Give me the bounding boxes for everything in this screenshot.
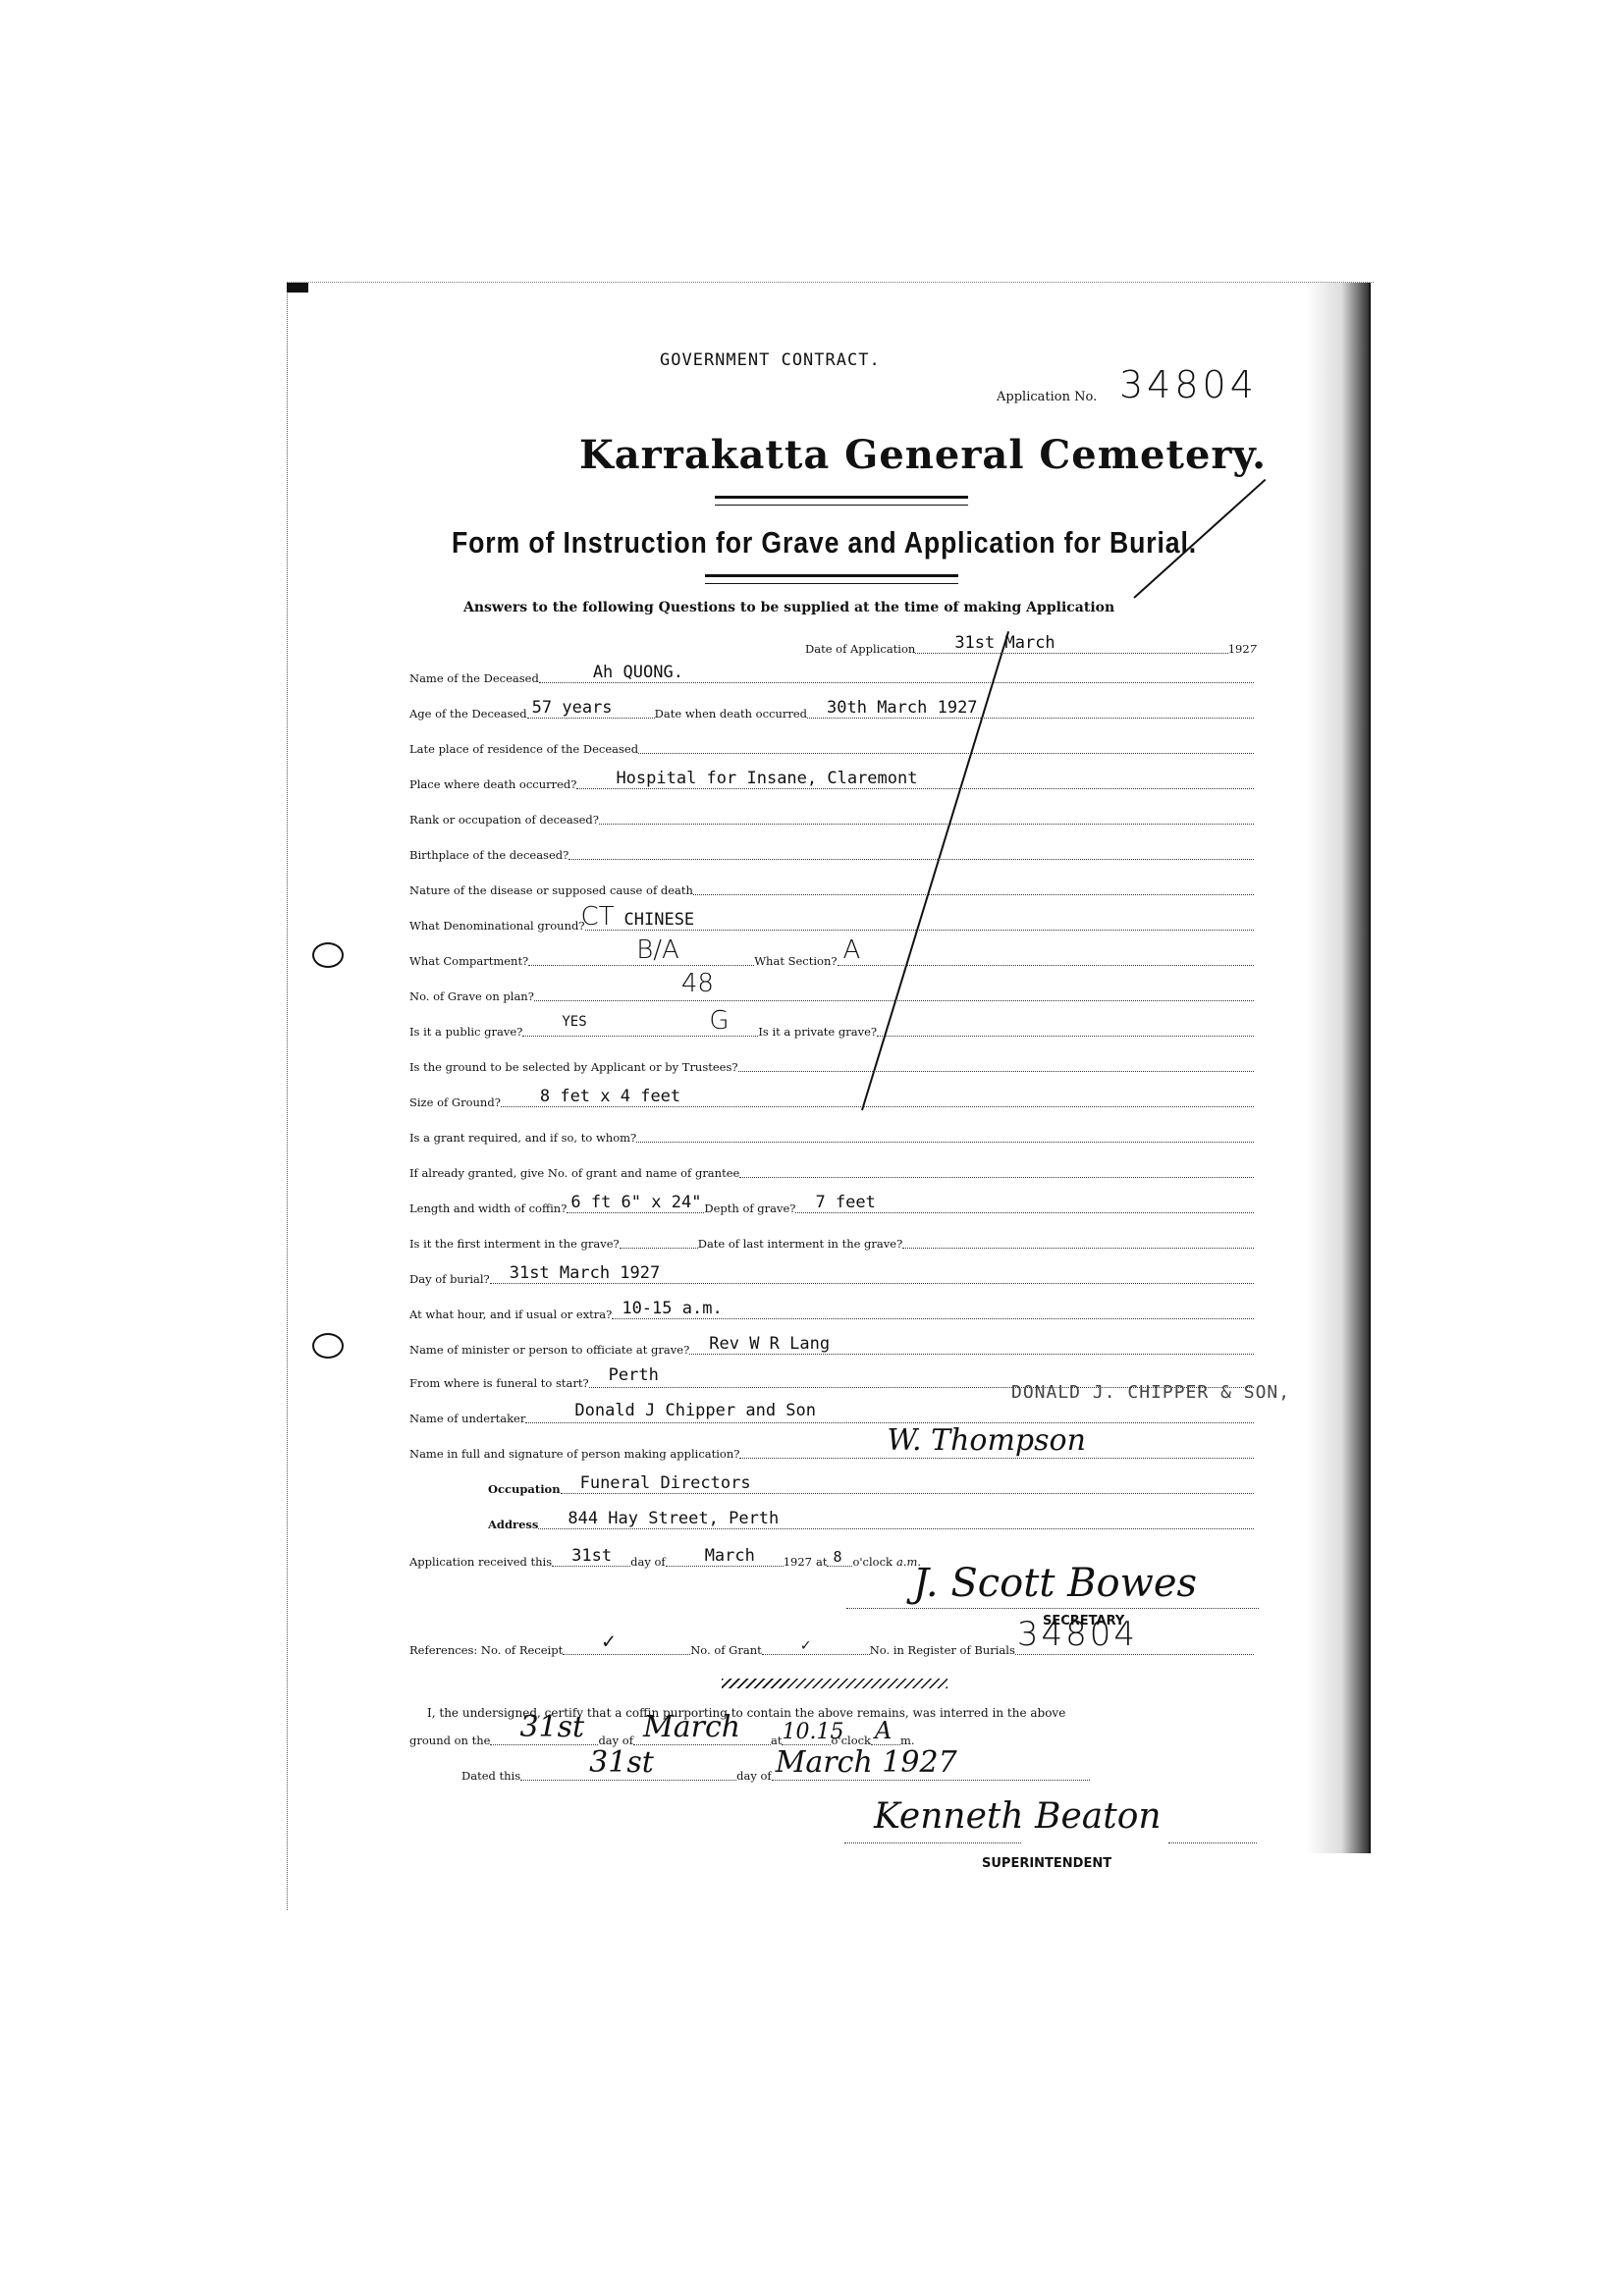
- punch-hole-icon: [312, 1333, 344, 1359]
- wavy-divider: [722, 1679, 947, 1688]
- hour-row: At what hour, and if usual or extra? 10-…: [409, 1298, 1254, 1323]
- interment-meridiem-field[interactable]: A: [871, 1727, 900, 1745]
- certificate-dated-row: Dated this 31st day of March 1927: [461, 1759, 1090, 1785]
- grant-no-field[interactable]: ✓: [762, 1636, 870, 1655]
- age-row: Age of the Deceased 57 years Date when d…: [409, 697, 1254, 722]
- received-day-field[interactable]: 31st: [552, 1548, 630, 1567]
- last-interment-field[interactable]: [902, 1230, 1254, 1249]
- coffin-row: Length and width of coffin? 6 ft 6" x 24…: [409, 1192, 1254, 1217]
- day-of-burial-row: Day of burial? 31st March 1927: [409, 1262, 1254, 1288]
- minister-field[interactable]: Rev W R Lang: [689, 1336, 1254, 1355]
- undertaker-field[interactable]: Donald J Chipper and Son: [525, 1405, 1254, 1423]
- superintendent-signature: Kenneth Beaton: [874, 1796, 1162, 1837]
- address-field[interactable]: 844 Hay Street, Perth: [538, 1511, 1254, 1529]
- superintendent-role: SUPERINTENDENT: [982, 1856, 1111, 1871]
- day-of-burial-field[interactable]: 31st March 1927: [490, 1265, 1254, 1284]
- place-of-death-field[interactable]: Hospital for Insane, Claremont: [576, 771, 1254, 789]
- government-contract-heading: GOVERNMENT CONTRACT.: [660, 350, 881, 370]
- section-field[interactable]: A: [838, 947, 1254, 966]
- birthplace-field[interactable]: [568, 841, 1254, 860]
- minister-row: Name of minister or person to officiate …: [409, 1333, 1254, 1359]
- denomination-row: What Denominational ground? CT CHINESE: [409, 909, 1254, 934]
- undertaker-row: Name of undertaker Donald J Chipper and …: [409, 1402, 1254, 1427]
- residence-field[interactable]: [638, 735, 1254, 754]
- denomination-field[interactable]: CT CHINESE: [585, 912, 1254, 931]
- size-of-ground-field[interactable]: 8 fet x 4 feet: [501, 1089, 1254, 1107]
- interment-time-field[interactable]: 10.15: [782, 1727, 831, 1745]
- address-row: Address 844 Hay Street, Perth: [488, 1508, 1254, 1533]
- dated-day-field[interactable]: 31st: [520, 1762, 736, 1781]
- name-row: Name of the Deceased Ah QUONG.: [409, 662, 1254, 687]
- receipt-no-field[interactable]: ✓: [563, 1636, 690, 1655]
- date-of-death-field[interactable]: 30th March 1927: [807, 700, 1254, 719]
- interment-row: Is it the first interment in the grave? …: [409, 1227, 1254, 1253]
- application-no-value: 34804: [1119, 363, 1258, 406]
- sheet-corner-mark: [287, 283, 308, 293]
- form-title: Form of Instruction for Grave and Applic…: [452, 525, 1197, 561]
- grave-no-row: No. of Grave on plan? 48: [409, 980, 1254, 1005]
- punch-hole-icon: [312, 942, 344, 968]
- received-month-field[interactable]: March: [666, 1548, 784, 1567]
- occupation-deceased-row: Rank or occupation of deceased?: [409, 803, 1254, 828]
- application-no-label: Application No.: [997, 390, 1097, 404]
- birthplace-row: Birthplace of the deceased?: [409, 838, 1254, 864]
- scan-edge-shadow: [1306, 283, 1371, 1853]
- first-interment-field[interactable]: [620, 1230, 698, 1249]
- size-of-ground-row: Size of Ground? 8 fet x 4 feet: [409, 1086, 1254, 1111]
- title-divider: [705, 574, 958, 584]
- interment-day-field[interactable]: 31st: [490, 1727, 598, 1745]
- residence-row: Late place of residence of the Deceased: [409, 732, 1254, 758]
- ground-selected-field[interactable]: [738, 1053, 1254, 1072]
- coffin-size-field[interactable]: 6 ft 6" x 24": [567, 1195, 704, 1213]
- depth-field[interactable]: 7 feet: [795, 1195, 1254, 1213]
- cause-of-death-field[interactable]: [693, 877, 1254, 895]
- applicant-occupation-field[interactable]: Funeral Directors: [561, 1475, 1254, 1494]
- age-field[interactable]: 57 years: [527, 700, 655, 719]
- superintendent-signature-line: [844, 1842, 1021, 1843]
- ground-selected-row: Is the ground to be selected by Applican…: [409, 1050, 1254, 1076]
- applicant-signature-field[interactable]: W. Thompson: [739, 1440, 1254, 1459]
- certificate-ground-row: ground on the 31st day of March at 10.15…: [409, 1724, 1116, 1749]
- cemetery-name: Karrakatta General Cemetery.: [579, 432, 1267, 478]
- register-no-field[interactable]: 34804: [1015, 1636, 1254, 1655]
- grave-no-field[interactable]: 48: [534, 983, 1254, 1001]
- applicant-row: Name in full and signature of person mak…: [409, 1437, 1254, 1463]
- undertaker-stamp: DONALD J. CHIPPER & SON,: [1011, 1382, 1290, 1403]
- public-grave-field[interactable]: YES G: [522, 1018, 758, 1037]
- grant-required-row: Is a grant required, and if so, to whom?: [409, 1121, 1254, 1147]
- occupation-deceased-field[interactable]: [599, 806, 1254, 825]
- dated-month-year-field[interactable]: March 1927: [772, 1762, 1090, 1781]
- title-divider: [715, 496, 968, 506]
- date-of-application-row: Date of Application 31st March 1927: [805, 632, 1257, 658]
- secretary-signature: J. Scott Bowes: [913, 1561, 1197, 1606]
- date-of-application-field[interactable]: 31st March: [915, 635, 1227, 654]
- field-label: Date of Application: [805, 642, 915, 658]
- already-granted-row: If already granted, give No. of grant an…: [409, 1156, 1254, 1182]
- cause-of-death-row: Nature of the disease or supposed cause …: [409, 874, 1254, 899]
- compartment-row: What Compartment? B/A What Section? A: [409, 944, 1254, 970]
- hour-field[interactable]: 10-15 a.m.: [612, 1301, 1254, 1319]
- grant-required-field[interactable]: [636, 1124, 1254, 1143]
- compartment-field[interactable]: B/A: [528, 947, 754, 966]
- references-row: References: No. of Receipt ✓ No. of Gran…: [409, 1633, 1254, 1659]
- public-grave-row: Is it a public grave? YES G Is it a priv…: [409, 1015, 1254, 1041]
- private-grave-field[interactable]: [877, 1018, 1254, 1037]
- instructions-text: Answers to the following Questions to be…: [463, 600, 1114, 615]
- already-granted-field[interactable]: [739, 1159, 1254, 1178]
- secretary-signature-line: [846, 1608, 1259, 1609]
- place-of-death-row: Place where death occurred? Hospital for…: [409, 768, 1254, 793]
- received-hour-field[interactable]: 8: [827, 1548, 852, 1567]
- applicant-occupation-row: Occupation Funeral Directors: [488, 1472, 1254, 1498]
- interment-month-field[interactable]: March: [633, 1727, 771, 1745]
- name-field[interactable]: Ah QUONG.: [539, 665, 1254, 683]
- superintendent-signature-line: [1168, 1842, 1257, 1843]
